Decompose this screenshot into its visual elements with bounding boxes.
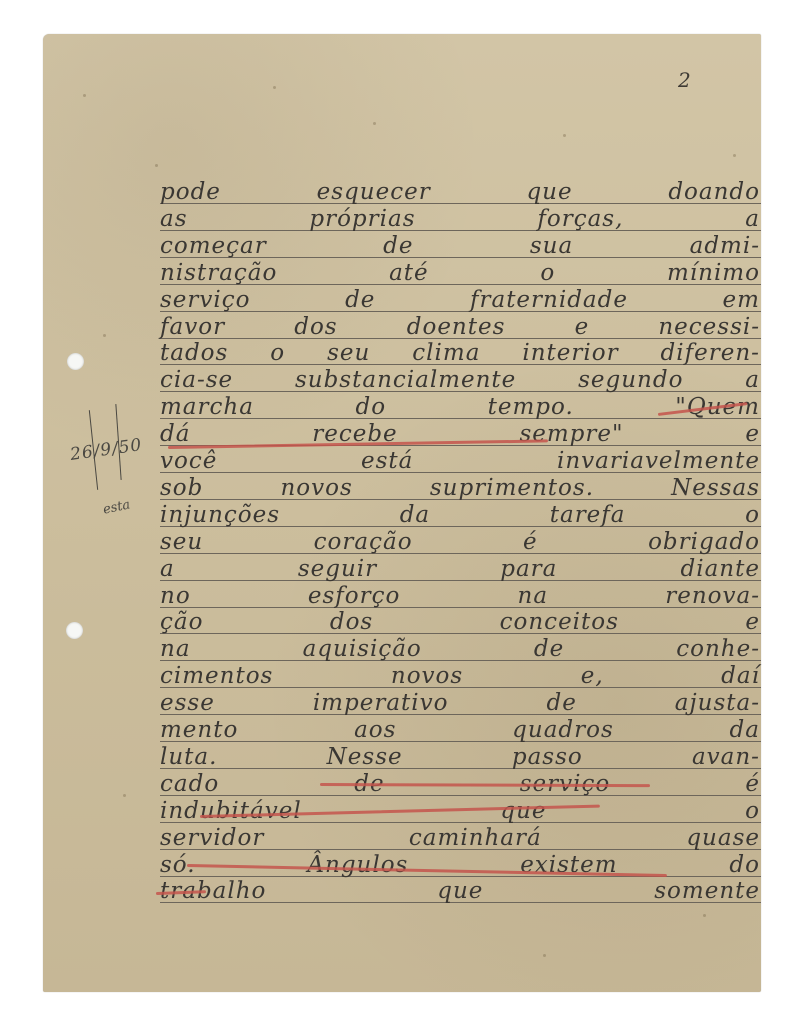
manuscript-word: seguir [298, 556, 377, 583]
manuscript-word: na [518, 583, 549, 610]
manuscript-word: caminhará [409, 825, 542, 852]
manuscript-word: luta. [160, 744, 217, 771]
manuscript-word: diferen- [661, 340, 760, 367]
manuscript-word: é [745, 771, 760, 798]
manuscript-word: Nesse [327, 744, 403, 771]
manuscript-word: cimentos [160, 663, 273, 690]
manuscript-line: trabalhoquesomente [160, 878, 760, 905]
manuscript-word: de [345, 287, 375, 314]
manuscript-word: mínimo [667, 260, 760, 287]
manuscript-word: sua [530, 233, 573, 260]
manuscript-word: cado [160, 771, 219, 798]
paper-speck [273, 86, 276, 89]
paper-speck [103, 334, 106, 337]
paper-speck [563, 134, 566, 137]
manuscript-word: você [160, 448, 217, 475]
manuscript-word: na [160, 636, 191, 663]
manuscript-word: conceitos [500, 609, 619, 636]
manuscript-word: serviço [160, 287, 251, 314]
manuscript-word: e [745, 421, 760, 448]
manuscript-word: quase [686, 825, 760, 852]
manuscript-word: mento [160, 717, 238, 744]
manuscript-word: forças, [537, 206, 623, 233]
manuscript-word: próprias [309, 206, 415, 233]
manuscript-word: fraternidade [470, 287, 628, 314]
paper-speck [543, 954, 546, 957]
manuscript-line: luta.Nessepassoavan- [160, 744, 760, 771]
manuscript-word: obrigado [648, 529, 760, 556]
manuscript-line: asprópriasforças,a [160, 206, 760, 233]
manuscript-word: somente [654, 878, 760, 905]
manuscript-word: segundo [578, 367, 683, 394]
manuscript-word: marcha [160, 394, 254, 421]
manuscript-word: substancialmente [295, 367, 516, 394]
manuscript-word: até [389, 260, 429, 287]
manuscript-word: do [729, 852, 760, 879]
manuscript-word: tempo. [488, 394, 574, 421]
manuscript-word: Ângulos [307, 852, 408, 879]
manuscript-word: está [361, 448, 413, 475]
paper-speck [123, 794, 126, 797]
manuscript-word: coração [314, 529, 413, 556]
manuscript-word: daí [721, 663, 760, 690]
manuscript-word: renova- [665, 583, 760, 610]
manuscript-line: çãodosconceitose [160, 609, 760, 636]
manuscript-word: conhe- [676, 636, 760, 663]
manuscript-word: sob [160, 475, 203, 502]
manuscript-word: de [546, 690, 576, 717]
manuscript-word: aos [354, 717, 396, 744]
manuscript-word: é [523, 529, 538, 556]
manuscript-word: sempre" [519, 421, 623, 448]
manuscript-line: serviçodefraternidadeem [160, 287, 760, 314]
manuscript-word: para [500, 556, 557, 583]
paper-speck [155, 164, 158, 167]
manuscript-word: doentes [407, 314, 506, 341]
manuscript-line: aseguirparadiante [160, 556, 760, 583]
manuscript-line: cimentosnovose,daí [160, 663, 760, 690]
manuscript-word: seu [327, 340, 370, 367]
manuscript-word: aquisição [303, 636, 422, 663]
manuscript-word: Nessas [671, 475, 760, 502]
manuscript-word: imperativo [313, 690, 449, 717]
manuscript-word: necessi- [658, 314, 760, 341]
manuscript-word: injunções [160, 502, 280, 529]
manuscript-word: as [160, 206, 188, 233]
manuscript-word: em [723, 287, 760, 314]
manuscript-word: suprimentos. [430, 475, 594, 502]
manuscript-word: diante [681, 556, 760, 583]
manuscript-line: tadososeuclimainteriordiferen- [160, 340, 760, 367]
manuscript-word: ção [160, 609, 203, 636]
manuscript-word: dos [330, 609, 373, 636]
manuscript-word: esse [160, 690, 215, 717]
manuscript-word: novos [280, 475, 352, 502]
manuscript-line: injunçõesdatarefao [160, 502, 760, 529]
manuscript-word: que [437, 878, 483, 905]
manuscript-word: servidor [160, 825, 264, 852]
manuscript-word: que [526, 179, 572, 206]
manuscript-word: que [500, 798, 546, 825]
manuscript-word: de [383, 233, 413, 260]
manuscript-word: e [575, 314, 590, 341]
manuscript-word: interior [522, 340, 618, 367]
paper-speck [83, 94, 86, 97]
manuscript-word: doando [668, 179, 760, 206]
manuscript-word: o [745, 502, 760, 529]
manuscript-word: o [745, 798, 760, 825]
manuscript-word: e, [581, 663, 604, 690]
manuscript-word: passo [512, 744, 583, 771]
manuscript-line: cia-sesubstancialmentesegundoa [160, 367, 760, 394]
manuscript-line: favordosdoentesenecessi- [160, 314, 760, 341]
manuscript-word: seu [160, 529, 203, 556]
manuscript-line: podeesquecerquedoando [160, 179, 760, 206]
manuscript-word: admi- [690, 233, 760, 260]
manuscript-word: do [355, 394, 386, 421]
manuscript-word: de [534, 636, 564, 663]
manuscript-word: o [270, 340, 285, 367]
manuscript-word: invariavelmente [557, 448, 760, 475]
manuscript-line: sobnovossuprimentos.Nessas [160, 475, 760, 502]
manuscript-line: esseimperativodeajusta- [160, 690, 760, 717]
manuscript-word: no [160, 583, 191, 610]
manuscript-word: quadros [512, 717, 614, 744]
manuscript-line: naaquisiçãodeconhe- [160, 636, 760, 663]
paper-speck [703, 914, 706, 917]
manuscript-line: vocêestáinvariavelmente [160, 448, 760, 475]
punch-hole-bottom [66, 622, 83, 639]
manuscript-line: nistraçãoatéomínimo [160, 260, 760, 287]
manuscript-word: esquecer [317, 179, 431, 206]
manuscript-word: da [730, 717, 760, 744]
manuscript-word: a [160, 556, 175, 583]
page-number: 2 [678, 68, 691, 92]
paper-speck [373, 122, 376, 125]
punch-hole-top [67, 353, 84, 370]
manuscript-line: seucoraçãoéobrigado [160, 529, 760, 556]
manuscript-word: cia-se [160, 367, 233, 394]
manuscript-word: da [400, 502, 430, 529]
manuscript-word: começar [160, 233, 267, 260]
manuscript-word: a [745, 206, 760, 233]
manuscript-line: servidorcaminharáquase [160, 825, 760, 852]
manuscript-word: a [745, 367, 760, 394]
manuscript-word: ajusta- [675, 690, 760, 717]
manuscript-line: marchadotempo."Quem [160, 394, 760, 421]
manuscript-word: tarefa [550, 502, 626, 529]
paper-speck [733, 154, 736, 157]
manuscript-word: dá [160, 421, 190, 448]
manuscript-word: e [745, 609, 760, 636]
manuscript-line: começardesuaadmi- [160, 233, 760, 260]
manuscript-word: nistração [160, 260, 277, 287]
manuscript-word: avan- [692, 744, 760, 771]
manuscript-word: pode [160, 179, 221, 206]
manuscript-word: dos [294, 314, 337, 341]
manuscript-word: favor [160, 314, 225, 341]
manuscript-line: mentoaosquadrosda [160, 717, 760, 744]
manuscript-word: clima [412, 340, 480, 367]
manuscript-word: novos [391, 663, 463, 690]
manuscript-word: esforço [308, 583, 401, 610]
manuscript-word: o [540, 260, 555, 287]
manuscript-line: noesforçonarenova- [160, 583, 760, 610]
manuscript-word: indubitável [160, 798, 302, 825]
manuscript-word: tados [160, 340, 228, 367]
manuscript-line: indubitávelqueo [160, 798, 760, 825]
